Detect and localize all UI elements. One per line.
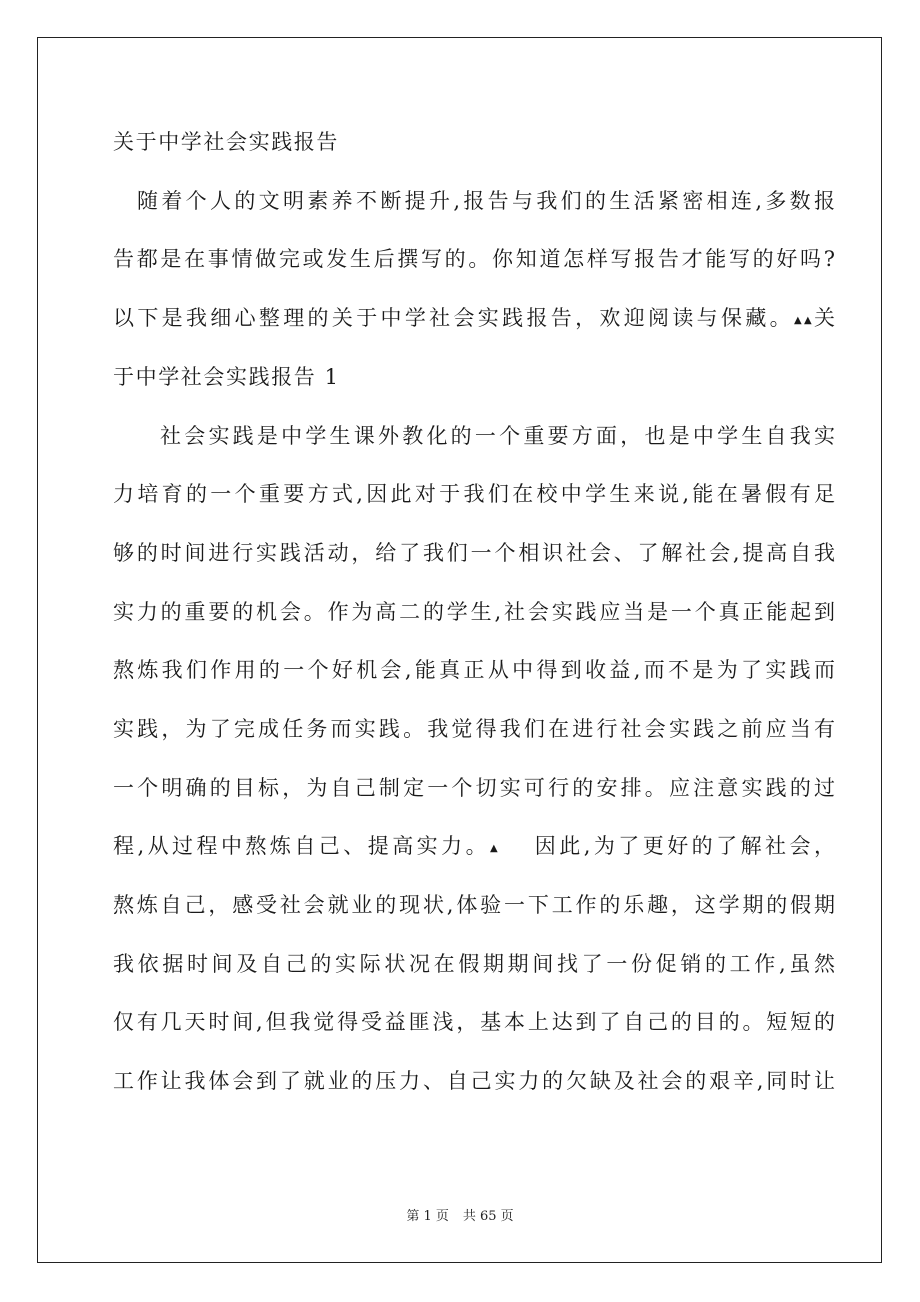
paragraph-line: 实践，为了完成任务而实践。我觉得我们在进行社会实践之前应当有 [113, 714, 835, 744]
paragraph-line: 熬炼我们作用的一个好机会,能真正从中得到收益,而不是为了实践而 [113, 655, 835, 685]
paragraph-line: 随着个人的文明素养不断提升,报告与我们的生活紧密相连,多数报 [137, 186, 835, 216]
paragraph-line: 一个明确的目标，为自己制定一个切实可行的安排。应注意实践的过 [113, 773, 835, 803]
line-text: 程,从过程中熬炼自己、提高实力。 [113, 834, 490, 858]
paragraph-line: 熬炼自己，感受社会就业的现状,体验一下工作的乐趣，这学期的假期 [113, 890, 835, 920]
line-text: 因此,为了更好的了解社会， [500, 834, 835, 858]
line-text: 关 [814, 306, 835, 330]
document-title: 关于中学社会实践报告 [113, 127, 835, 157]
paragraph-line: 告都是在事情做完或发生后撰写的。你知道怎样写报告才能写的好吗? [113, 244, 835, 274]
paragraph-line: 以下是我细心整理的关于中学社会实践报告，欢迎阅读与保藏。▲▲关 [113, 303, 835, 333]
paragraph-line: 实力的重要的机会。作为高二的学生,社会实践应当是一个真正能起到 [113, 597, 835, 627]
bullet-symbol-icon: ▲ [490, 843, 500, 854]
paragraph-line: 社会实践是中学生课外教化的一个重要方面，也是中学生自我实 [160, 421, 835, 451]
page-footer: 第 1 页共 65 页 [0, 1205, 920, 1224]
paragraph-line: 程,从过程中熬炼自己、提高实力。▲ 因此,为了更好的了解社会， [113, 831, 835, 861]
current-page-label: 第 1 页 [406, 1209, 449, 1224]
bullet-symbol-icon: ▲▲ [794, 315, 814, 326]
paragraph-line: 够的时间进行实践活动，给了我们一个相识社会、了解社会,提高自我 [113, 538, 835, 568]
paragraph-line: 我依据时间及自己的实际状况在假期期间找了一份促销的工作,虽然 [113, 949, 835, 979]
section-heading: 于中学社会实践报告 1 [113, 362, 835, 392]
total-pages-label: 共 65 页 [463, 1209, 514, 1224]
line-text: 以下是我细心整理的关于中学社会实践报告，欢迎阅读与保藏。 [113, 306, 794, 330]
paragraph-line: 工作让我体会到了就业的压力、自己实力的欠缺及社会的艰辛,同时让 [113, 1066, 835, 1096]
paragraph-line: 仅有几天时间,但我觉得受益匪浅，基本上达到了自己的目的。短短的 [113, 1007, 835, 1037]
paragraph-line: 力培育的一个重要方式,因此对于我们在校中学生来说,能在暑假有足 [113, 479, 835, 509]
